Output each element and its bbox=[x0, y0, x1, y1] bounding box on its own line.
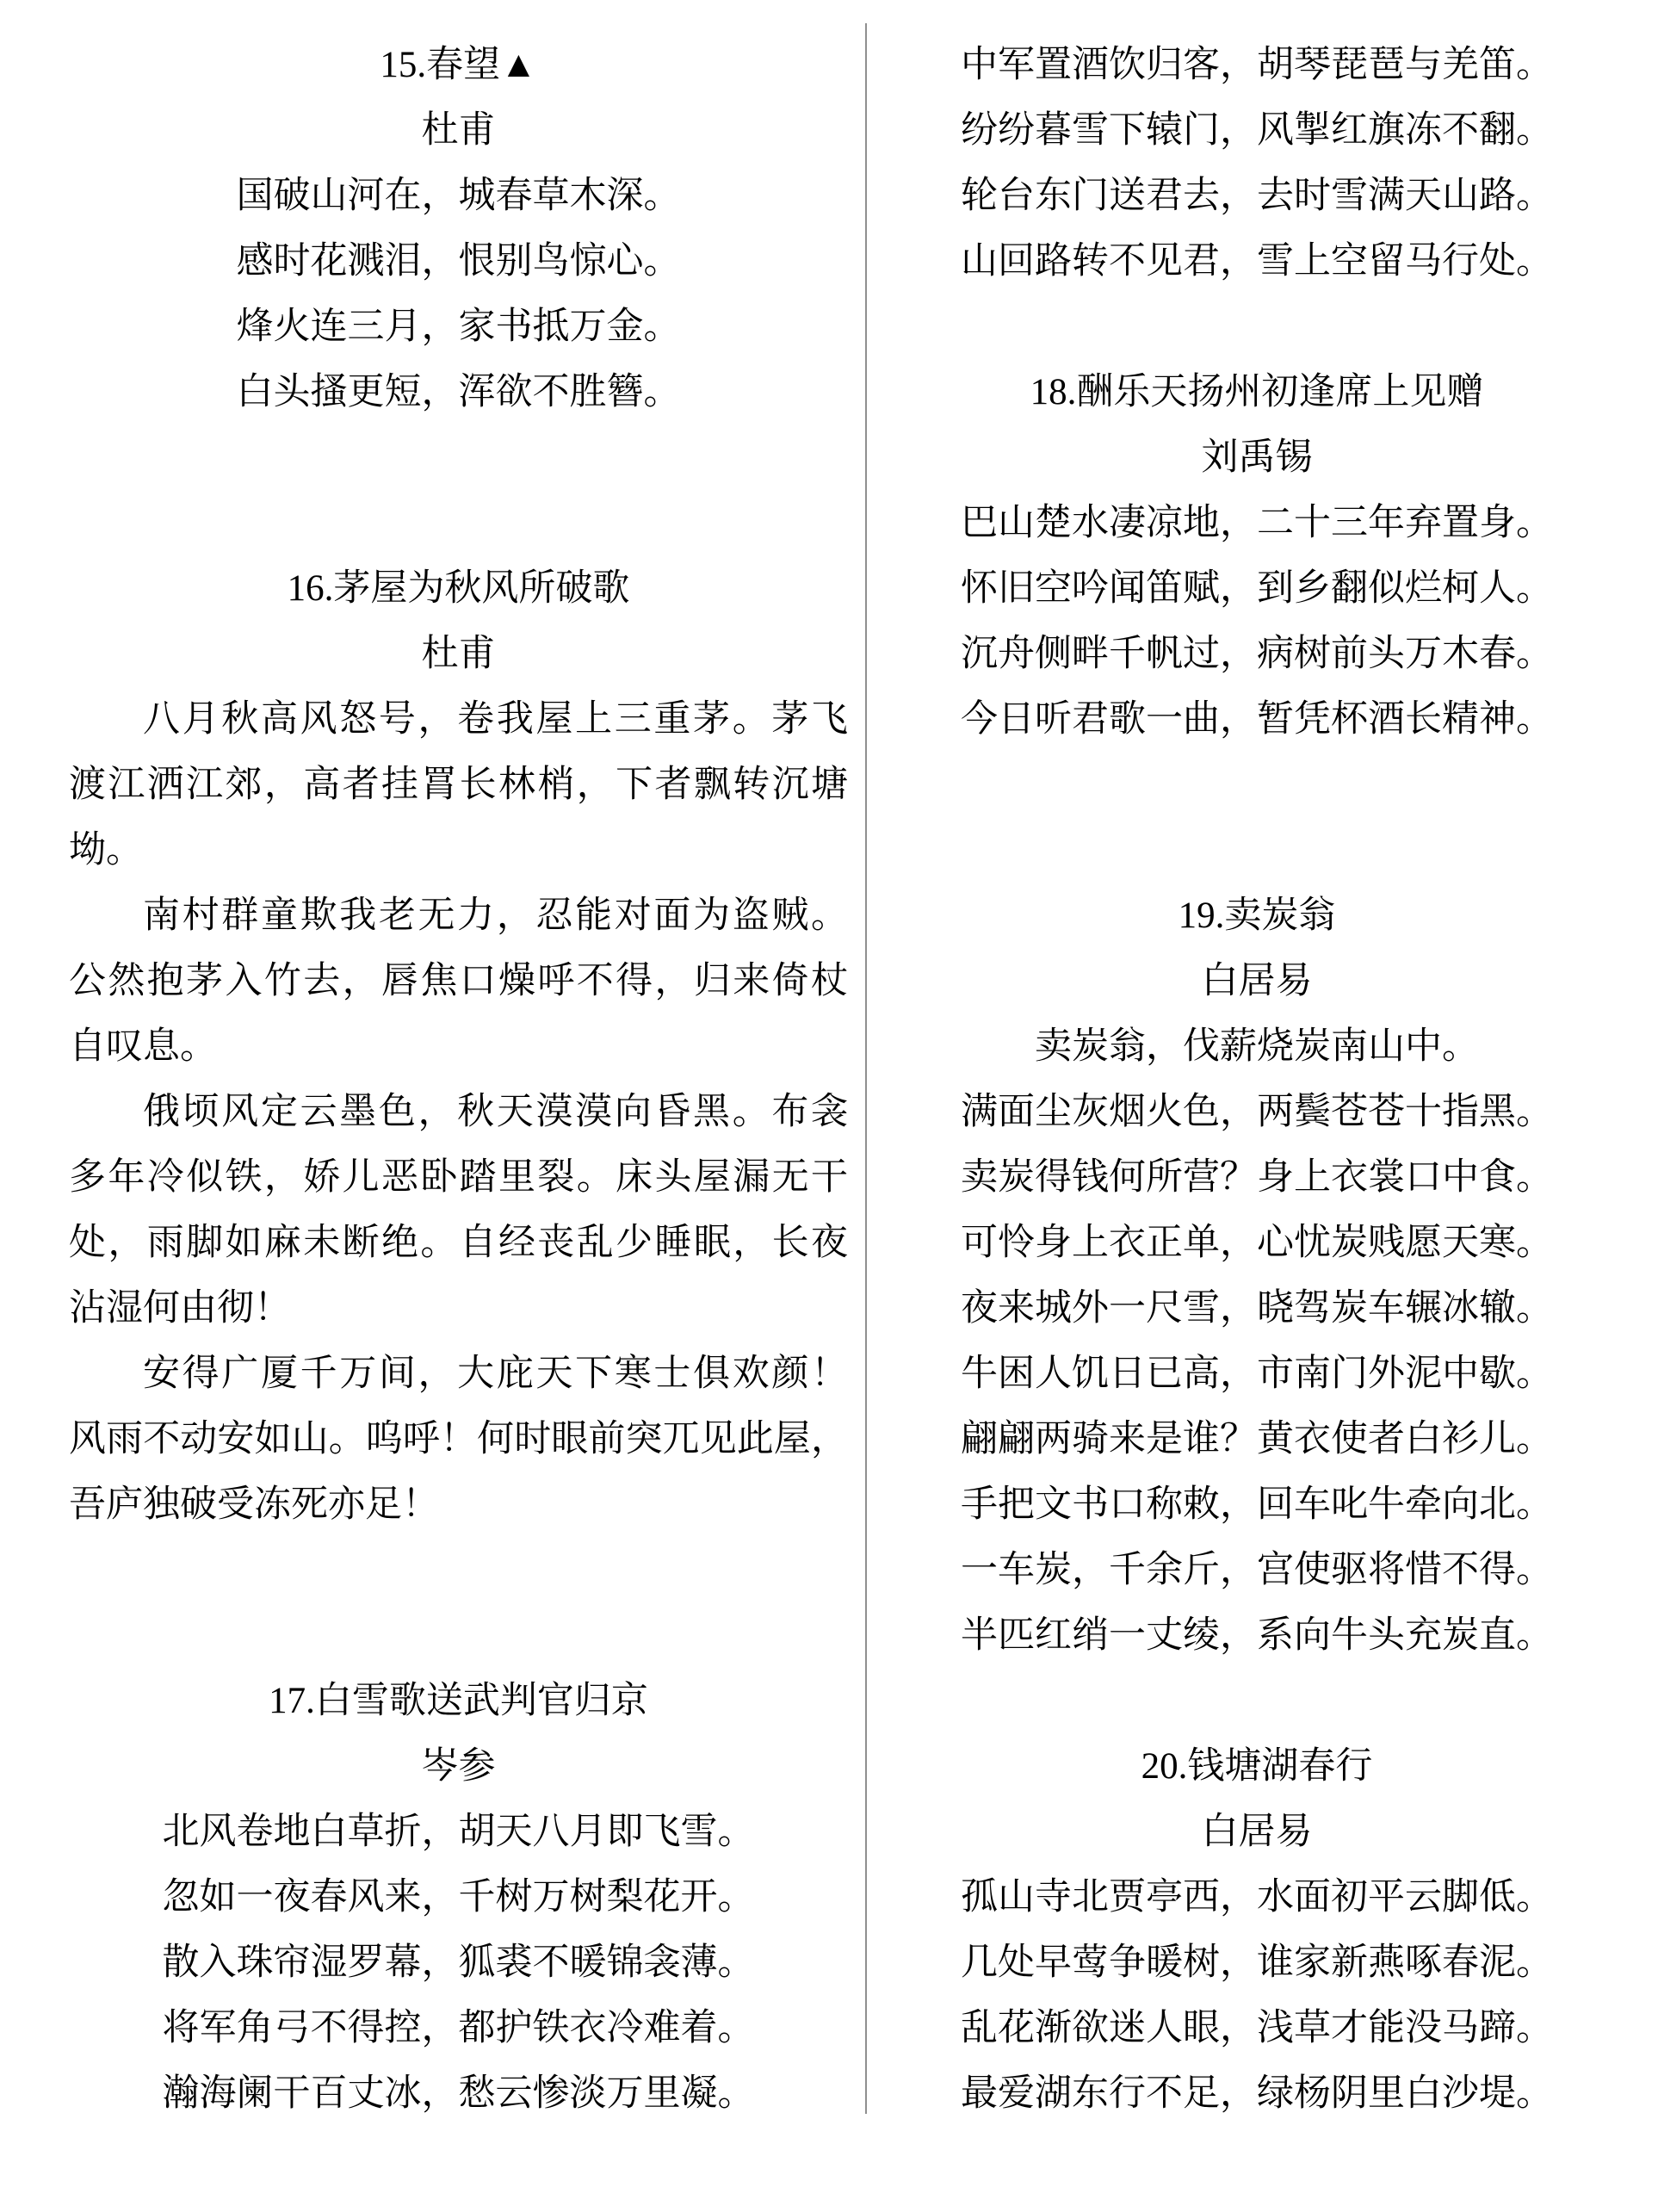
paragraph-line: 南村群童欺我老无力，忍能对面为盗贼。 bbox=[69, 883, 848, 949]
paragraph-line: 自叹息。 bbox=[69, 1014, 848, 1080]
paragraph-line: 风雨不动安如山。呜呼！何时眼前突兀见此屋， bbox=[69, 1407, 848, 1472]
verse-line: 轮台东门送君去，去时雪满天山路。 bbox=[900, 164, 1614, 229]
right-column: 中军置酒饮归客，胡琴琵琶与羌笛。纷纷暮雪下辕门，风掣红旗冻不翻。轮台东门送君去，… bbox=[900, 33, 1614, 2127]
poem-title: 16.茅屋为秋风所破歌 bbox=[69, 556, 848, 622]
spacer-line bbox=[900, 294, 1614, 360]
verse-line: 几处早莺争暖树，谁家新燕啄春泥。 bbox=[900, 1930, 1614, 1996]
paragraph-line: 沾湿何由彻！ bbox=[69, 1276, 848, 1341]
verse-line: 翩翩两骑来是谁？黄衣使者白衫儿。 bbox=[900, 1407, 1614, 1472]
verse-line: 最爱湖东行不足，绿杨阴里白沙堤。 bbox=[900, 2061, 1614, 2127]
paragraph-line: 吾庐独破受冻死亦足！ bbox=[69, 1472, 848, 1538]
verse-line: 烽火连三月，家书抵万金。 bbox=[69, 294, 848, 360]
verse-line: 怀旧空吟闻笛赋，到乡翻似烂柯人。 bbox=[900, 556, 1614, 622]
verse-line: 瀚海阑干百丈冰，愁云惨淡万里凝。 bbox=[69, 2061, 848, 2127]
verse-line: 满面尘灰烟火色，两鬓苍苍十指黑。 bbox=[900, 1080, 1614, 1145]
poem-title: 19.卖炭翁 bbox=[900, 883, 1614, 949]
spacer-line bbox=[69, 1603, 848, 1669]
verse-line: 可怜身上衣正单，心忧炭贱愿天寒。 bbox=[900, 1211, 1614, 1276]
poem-author: 岑参 bbox=[69, 1734, 848, 1800]
verse-line: 乱花渐欲迷人眼，浅草才能没马蹄。 bbox=[900, 1996, 1614, 2061]
verse-line: 沉舟侧畔千帆过，病树前头万木春。 bbox=[900, 622, 1614, 687]
verse-line: 纷纷暮雪下辕门，风掣红旗冻不翻。 bbox=[900, 98, 1614, 164]
verse-line: 夜来城外一尺雪，晓驾炭车辗冰辙。 bbox=[900, 1276, 1614, 1341]
spacer-line bbox=[69, 425, 848, 491]
verse-line: 中军置酒饮归客，胡琴琵琶与羌笛。 bbox=[900, 33, 1614, 98]
document-page: 15.春望▲杜甫国破山河在，城春草木深。感时花溅泪，恨别鸟惊心。烽火连三月，家书… bbox=[0, 0, 1658, 2212]
poem-title: 17.白雪歌送武判官归京 bbox=[69, 1669, 848, 1734]
poem-author: 白居易 bbox=[900, 1800, 1614, 1865]
verse-line: 山回路转不见君，雪上空留马行处。 bbox=[900, 229, 1614, 294]
poem-author: 杜甫 bbox=[69, 98, 848, 164]
paragraph-line: 八月秋高风怒号，卷我屋上三重茅。茅飞 bbox=[69, 687, 848, 753]
paragraph-line: 公然抱茅入竹去，唇焦口燥呼不得，归来倚杖 bbox=[69, 949, 848, 1014]
poem-author: 白居易 bbox=[900, 949, 1614, 1014]
verse-line: 北风卷地白草折，胡天八月即飞雪。 bbox=[69, 1800, 848, 1865]
verse-line: 感时花溅泪，恨别鸟惊心。 bbox=[69, 229, 848, 294]
verse-line: 手把文书口称敕，回车叱牛牵向北。 bbox=[900, 1472, 1614, 1538]
verse-line: 将军角弓不得控，都护铁衣冷难着。 bbox=[69, 1996, 848, 2061]
poem-title: 20.钱塘湖春行 bbox=[900, 1734, 1614, 1800]
paragraph-line: 处，雨脚如麻未断绝。自经丧乱少睡眠，长夜 bbox=[69, 1211, 848, 1276]
poem-title: 18.酬乐天扬州初逢席上见赠 bbox=[900, 360, 1614, 425]
verse-line: 孤山寺北贾亭西，水面初平云脚低。 bbox=[900, 1865, 1614, 1930]
spacer-line bbox=[69, 1538, 848, 1603]
spacer-line bbox=[900, 753, 1614, 818]
paragraph-line: 渡江洒江郊，高者挂罥长林梢，下者飘转沉塘 bbox=[69, 753, 848, 818]
paragraph-line: 安得广厦千万间，大庇天下寒士俱欢颜！ bbox=[69, 1341, 848, 1407]
verse-line: 巴山楚水凄凉地，二十三年弃置身。 bbox=[900, 491, 1614, 556]
spacer-line bbox=[900, 1669, 1614, 1734]
poem-title: 15.春望▲ bbox=[69, 33, 848, 98]
poem-author: 杜甫 bbox=[69, 622, 848, 687]
poem-author: 刘禹锡 bbox=[900, 425, 1614, 491]
verse-line: 牛困人饥日已高，市南门外泥中歇。 bbox=[900, 1341, 1614, 1407]
verse-line: 散入珠帘湿罗幕，狐裘不暖锦衾薄。 bbox=[69, 1930, 848, 1996]
paragraph-line: 俄顷风定云墨色，秋天漠漠向昏黑。布衾 bbox=[69, 1080, 848, 1145]
verse-line: 国破山河在，城春草木深。 bbox=[69, 164, 848, 229]
verse-line: 一车炭，千余斤，宫使驱将惜不得。 bbox=[900, 1538, 1614, 1603]
spacer-line bbox=[900, 818, 1614, 883]
left-column: 15.春望▲杜甫国破山河在，城春草木深。感时花溅泪，恨别鸟惊心。烽火连三月，家书… bbox=[69, 33, 848, 2127]
verse-line: 卖炭得钱何所营？身上衣裳口中食。 bbox=[900, 1145, 1614, 1211]
column-divider bbox=[865, 23, 867, 2114]
paragraph-line: 坳。 bbox=[69, 818, 848, 883]
verse-line: 忽如一夜春风来，千树万树梨花开。 bbox=[69, 1865, 848, 1930]
verse-line: 白头搔更短，浑欲不胜簪。 bbox=[69, 360, 848, 425]
verse-line: 今日听君歌一曲，暂凭杯酒长精神。 bbox=[900, 687, 1614, 753]
verse-line: 卖炭翁，伐薪烧炭南山中。 bbox=[900, 1014, 1614, 1080]
verse-line: 半匹红绡一丈绫，系向牛头充炭直。 bbox=[900, 1603, 1614, 1669]
spacer-line bbox=[69, 491, 848, 556]
paragraph-line: 多年冷似铁，娇儿恶卧踏里裂。床头屋漏无干 bbox=[69, 1145, 848, 1211]
